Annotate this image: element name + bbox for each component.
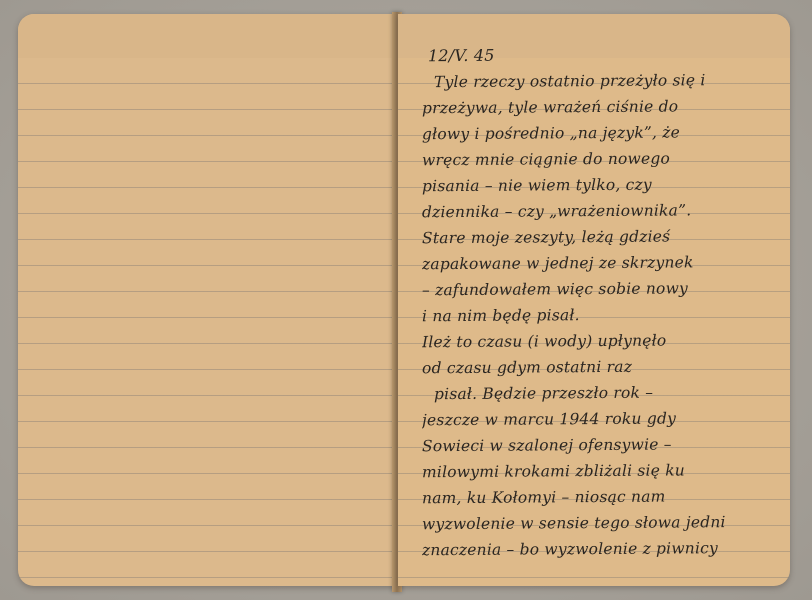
text-line: pisał. Będzie przeszło rok – (422, 379, 776, 407)
text-line: Tyle rzeczy ostatnio przeżyło się i (422, 67, 776, 95)
text-line: i na nim będę pisał. (422, 301, 776, 329)
text-line: nam, ku Kołomyi – niosąc nam (422, 483, 776, 511)
text-line: głowy i pośrednio „na język”, że (422, 119, 776, 147)
text-line: Stare moje zeszyty, leżą gdzieś (422, 223, 776, 251)
text-line: zapakowane w jednej ze skrzynek (422, 249, 776, 277)
text-line: – zafundowałem więc sobie nowy (422, 275, 776, 303)
text-line: Sowieci w szalonej ofensywie – (422, 431, 776, 459)
text-line: znaczenia – bo wyzwolenie z piwnicy (422, 535, 776, 563)
entry-date: 12/V. 45 (422, 41, 776, 69)
text-line: pisania – nie wiem tylko, czy (422, 171, 776, 199)
text-line: jeszcze w marcu 1944 roku gdy (422, 405, 776, 433)
text-line: od czasu gdym ostatni raz (422, 353, 776, 381)
handwritten-entry: 12/V. 45 Tyle rzeczy ostatnio przeżyło s… (422, 42, 776, 562)
text-line: dziennika – czy „wrażeniownika”. (422, 197, 776, 225)
text-line: wręcz mnie ciągnie do nowego (422, 145, 776, 173)
text-line: przeżywa, tyle wrażeń ciśnie do (422, 93, 776, 121)
text-line: wyzwolenie w sensie tego słowa jedni (422, 509, 776, 537)
open-notebook: 12/V. 45 Tyle rzeczy ostatnio przeżyło s… (12, 12, 804, 590)
right-page: 12/V. 45 Tyle rzeczy ostatnio przeżyło s… (398, 14, 790, 586)
text-line: milowymi krokami zbliżali się ku (422, 457, 776, 485)
left-page (18, 14, 396, 586)
text-line: Ileż to czasu (i wody) upłynęło (422, 327, 776, 355)
